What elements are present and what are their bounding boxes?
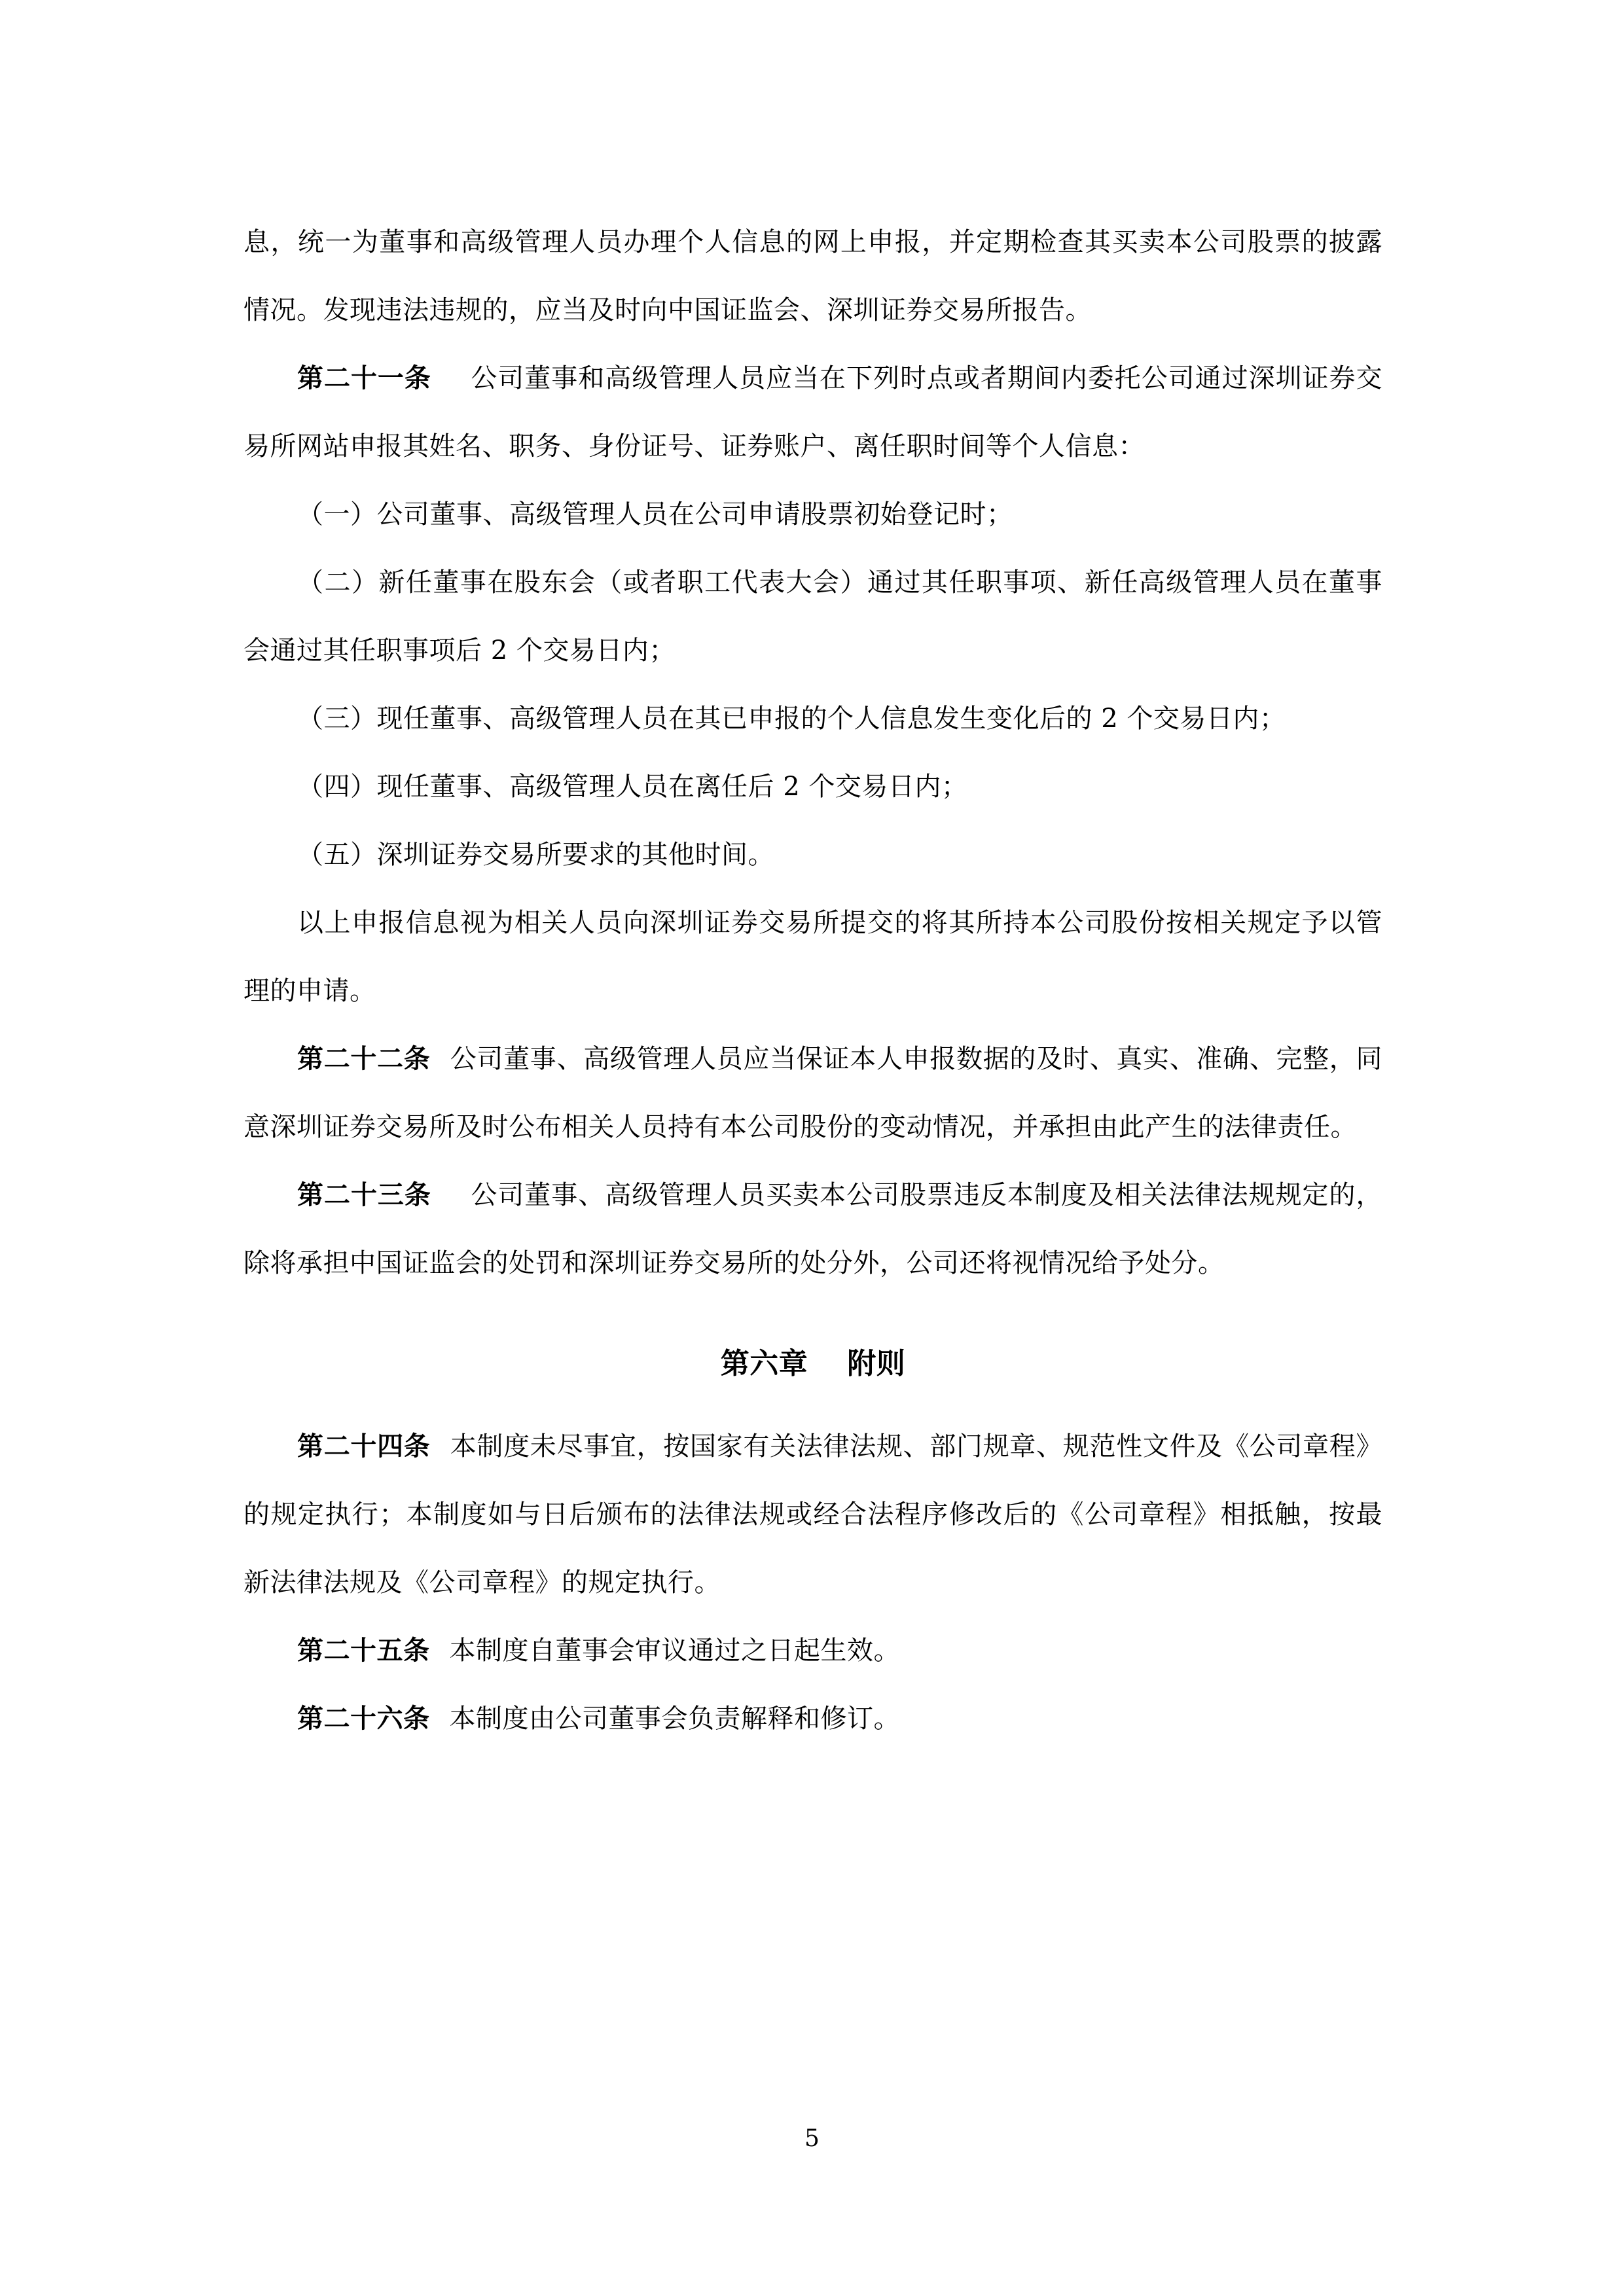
document-page: 息，统一为董事和高级管理人员办理个人信息的网上申报，并定期检查其买卖本公司股票的… <box>0 0 1624 2296</box>
article-23: 第二十三条公司董事、高级管理人员买卖本公司股票违反本制度及相关法律法规规定的，除… <box>244 1161 1382 1297</box>
article-21-item-1: （一）公司董事、高级管理人员在公司申请股票初始登记时； <box>244 480 1382 548</box>
continuation-paragraph: 息，统一为董事和高级管理人员办理个人信息的网上申报，并定期检查其买卖本公司股票的… <box>244 208 1382 344</box>
chapter-6-number: 第六章 <box>721 1347 808 1380</box>
article-21-item-4: （四）现任董事、高级管理人员在离任后 2 个交易日内； <box>244 753 1382 821</box>
article-26-text: 本制度由公司董事会负责解释和修订。 <box>450 1704 901 1734</box>
article-21-item-2: （二）新任董事在股东会（或者职工代表大会）通过其任职事项、新任高级管理人员在董事… <box>244 548 1382 685</box>
article-22: 第二十二条公司董事、高级管理人员应当保证本人申报数据的及时、真实、准确、完整，同… <box>244 1025 1382 1161</box>
article-26: 第二十六条本制度由公司董事会负责解释和修订。 <box>244 1685 1382 1753</box>
article-22-label: 第二十二条 <box>297 1044 431 1074</box>
article-21-closing: 以上申报信息视为相关人员向深圳证券交易所提交的将其所持本公司股份按相关规定予以管… <box>244 889 1382 1025</box>
article-25-text: 本制度自董事会审议通过之日起生效。 <box>450 1636 901 1666</box>
article-26-label: 第二十六条 <box>297 1704 430 1734</box>
article-21-label: 第二十一条 <box>297 363 431 393</box>
page-body: 息，统一为董事和高级管理人员办理个人信息的网上申报，并定期检查其买卖本公司股票的… <box>244 208 1382 1753</box>
article-24: 第二十四条本制度未尽事宜，按国家有关法律法规、部门规章、规范性文件及《公司章程》… <box>244 1412 1382 1617</box>
article-23-label: 第二十三条 <box>297 1180 431 1210</box>
chapter-6-heading: 第六章附则 <box>244 1297 1382 1412</box>
article-24-label: 第二十四条 <box>297 1431 431 1462</box>
page-number: 5 <box>0 2126 1624 2152</box>
article-21-item-3: （三）现任董事、高级管理人员在其已申报的个人信息发生变化后的 2 个交易日内； <box>244 685 1382 753</box>
chapter-6-title: 附则 <box>847 1347 905 1380</box>
article-21: 第二十一条公司董事和高级管理人员应当在下列时点或者期间内委托公司通过深圳证券交易… <box>244 344 1382 480</box>
article-25: 第二十五条本制度自董事会审议通过之日起生效。 <box>244 1617 1382 1685</box>
article-25-label: 第二十五条 <box>297 1636 430 1666</box>
article-21-item-5: （五）深圳证券交易所要求的其他时间。 <box>244 821 1382 889</box>
